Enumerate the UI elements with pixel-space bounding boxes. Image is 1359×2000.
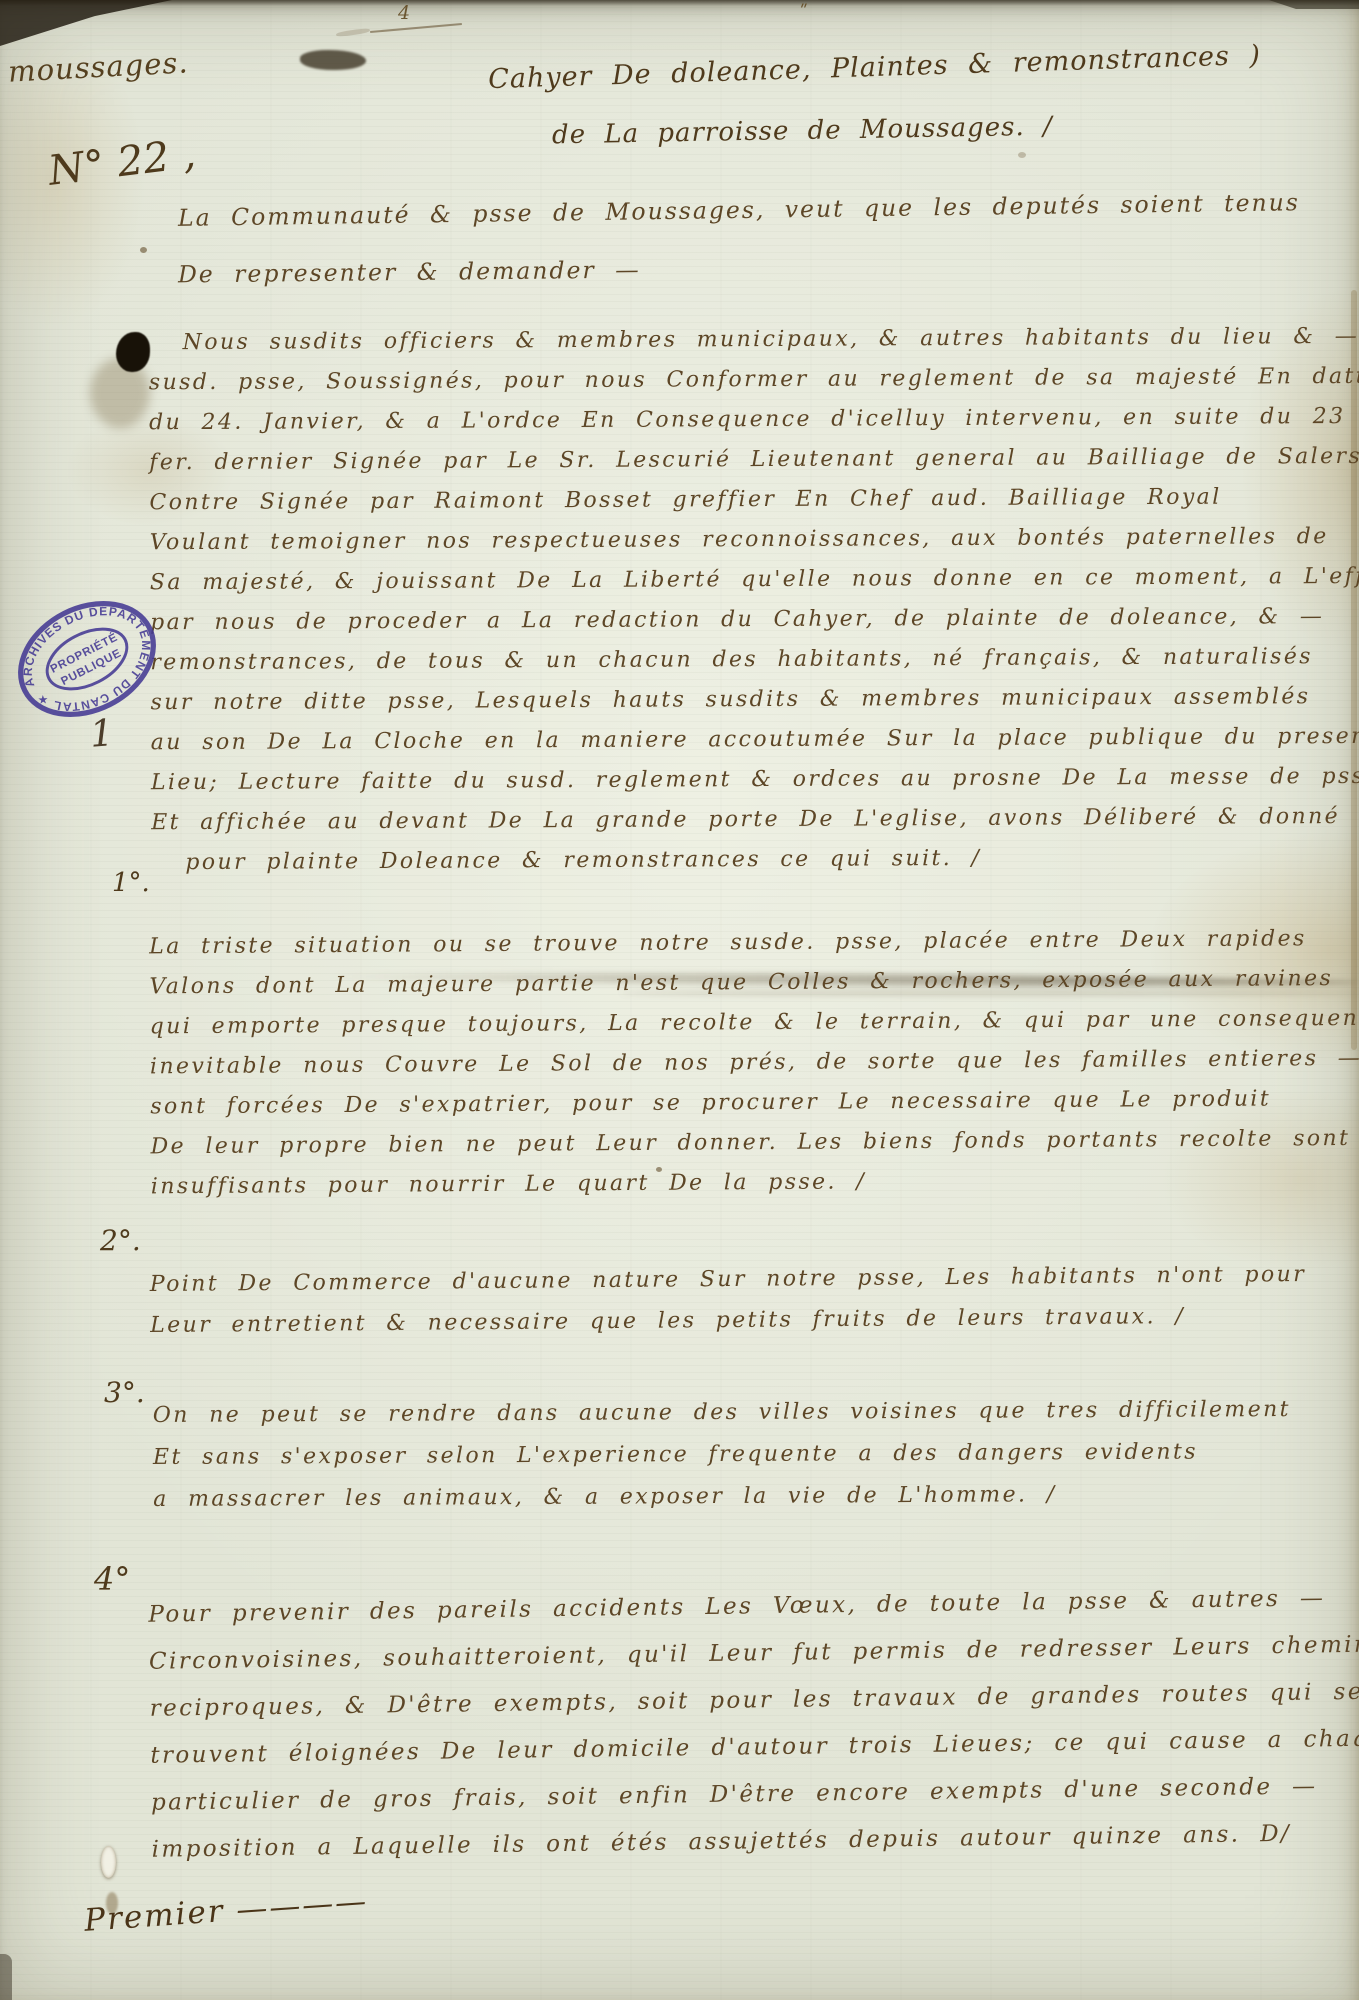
ink-blot <box>300 50 366 70</box>
intro-line: La Communauté & psse de Moussages, veut … <box>178 188 1300 232</box>
pen-stroke <box>370 23 462 33</box>
paper-edge-bottom-left <box>0 1954 12 2000</box>
preamble-paragraph: Nous susdits officiers & membres municip… <box>149 317 1359 883</box>
paper-stain <box>140 247 147 253</box>
preamble-line: par nous de proceder a La redaction du C… <box>150 597 1359 644</box>
paper-edge-top-left <box>0 0 172 46</box>
preamble-line: Nous susdits officiers & membres municip… <box>149 317 1359 364</box>
article-1-paragraph: La triste situation ou se trouve notre s… <box>149 919 1359 1208</box>
intro-line: De representer & demander — <box>178 256 641 289</box>
manuscript-page: moussages. 4 ʺ N° 22 , Cahyer De doleanc… <box>0 0 1359 2000</box>
article-number-label: 3°. <box>104 1376 145 1409</box>
document-number: N° 22 , <box>46 129 198 195</box>
preamble-line: Et affichée au devant De La grande porte… <box>151 797 1359 844</box>
article-number-label: 1°. <box>112 868 150 898</box>
article-number-label: 2°. <box>100 1224 141 1257</box>
document-title-line2: de La parroisse de Moussages. / <box>552 112 1053 151</box>
preamble-line: Contre Signée par Raimont Bosset greffie… <box>149 477 1359 524</box>
article-line: Leur entretient & necessaire que les pet… <box>150 1295 1307 1346</box>
preamble-line: fer. dernier Signée par Le Sr. Lescurié … <box>149 437 1359 484</box>
article-line: De leur propre bien ne peut Leur donner.… <box>150 1119 1359 1168</box>
paper-edge-top <box>0 0 1359 6</box>
pen-stroke <box>336 28 370 38</box>
article-2-paragraph: Point De Commerce d'aucune nature Sur no… <box>150 1254 1307 1346</box>
article-line: Et sans s'exposer selon L'experience fre… <box>153 1431 1291 1479</box>
article-4-paragraph: Pour prevenir des pareils accidents Les … <box>148 1574 1359 1873</box>
catchword: Premier ———— <box>83 1883 369 1939</box>
article-line: insuffisants pour nourrir Le quart De la… <box>151 1159 1359 1208</box>
ink-blot <box>116 332 150 372</box>
preamble-line: sur notre ditte psse, Lesquels hauts sus… <box>150 677 1359 724</box>
paper-edge-top-right <box>1269 0 1359 9</box>
preamble-line: Voulant temoigner nos respectueuses reco… <box>150 517 1359 564</box>
tick-mark: ʺ <box>800 2 808 22</box>
paper-flaw <box>101 1846 116 1878</box>
preamble-line: Sa majesté, & jouissant De La Liberté qu… <box>150 557 1359 604</box>
preamble-line: pour plainte Doleance & remonstrances ce… <box>151 837 1359 884</box>
stamp-annotation: 1 <box>89 711 115 756</box>
preamble-line: au son De La Cloche en la maniere accout… <box>151 717 1359 764</box>
article-3-paragraph: On ne peut se rendre dans aucune des vil… <box>153 1389 1292 1521</box>
article-line: a massacrer les animaux, & a exposer la … <box>153 1473 1291 1521</box>
page-margin-note: moussages. <box>7 45 189 88</box>
preamble-line: remonstrances, de tous & un chacun des h… <box>150 637 1359 684</box>
preamble-line: Lieu; Lecture faitte du susd. reglement … <box>151 757 1359 804</box>
article-line: On ne peut se rendre dans aucune des vil… <box>153 1389 1291 1437</box>
preamble-line: du 24. Janvier, & a L'ordce En Consequen… <box>149 397 1359 444</box>
document-title-line1: Cahyer De doleance, Plaintes & remonstra… <box>488 40 1262 95</box>
preamble-line: susd. psse, Soussignés, pour nous Confor… <box>149 357 1359 404</box>
folio-mark: 4 <box>398 2 410 24</box>
paper-stain <box>1018 152 1026 158</box>
article-number-label: 4° <box>94 1560 130 1598</box>
